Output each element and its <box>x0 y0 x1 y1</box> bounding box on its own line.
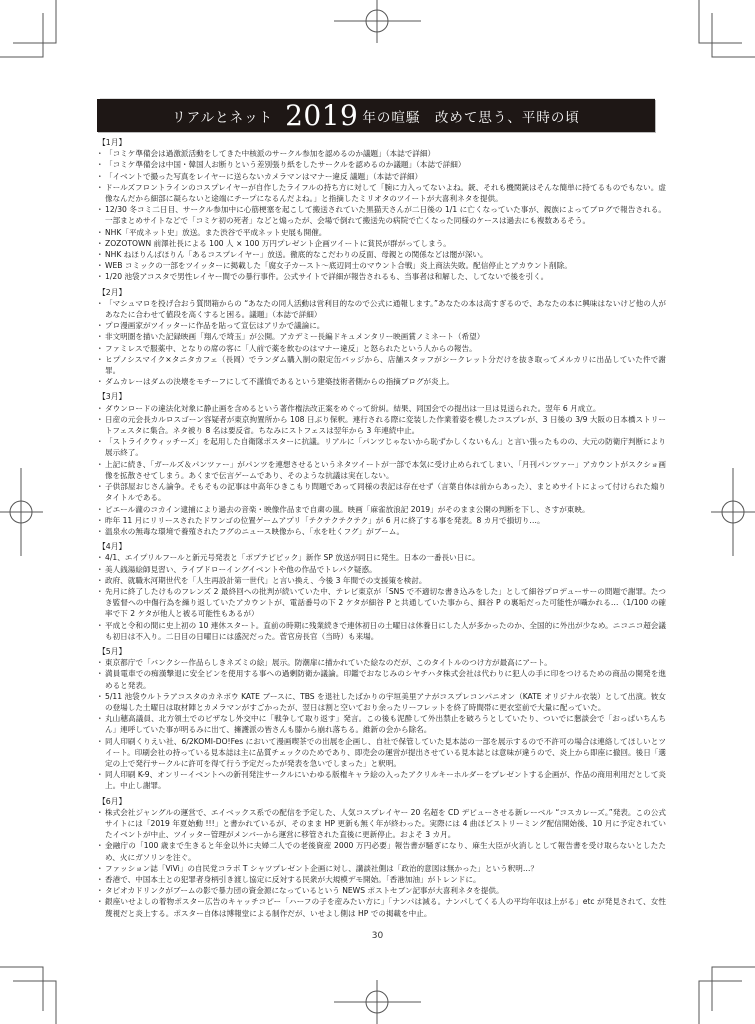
list-item: 日産の元会長カルロスゴーン容疑者が東京拘置所から 108 日ぶり保釈。連行される… <box>98 414 666 436</box>
list-item: NHK ねほりんぱほりん「あるコスプレイヤー」放送。徹底的なこだわりの反面、母親… <box>98 249 666 260</box>
registration-mark-left-icon <box>0 468 43 556</box>
list-item: 美人銭湯絵師見習い、ライブドローイングイベントや他の作品でトレパク疑惑。 <box>98 564 666 575</box>
list-item: 政府、就職氷河期世代を「人生再設計第一世代」と言い換え、今後 3 年間での支援策… <box>98 575 666 586</box>
title-suffix: 年の喧騒 改めて思う、平時の頃 <box>362 106 580 126</box>
list-item: 「コミケ準備会は中国・韓国人お断りという差別張り紙をしたサークルを認めるのか議題… <box>98 159 666 170</box>
list-item: 5/11 池袋ウルトラアコスタのカネボウ KATE ブースに、TBS を退社した… <box>98 691 666 713</box>
article-body: 【1月】 「コミケ準備会は過激派活動をしてきた中核派のサークル参加を認めるのか議… <box>98 137 666 919</box>
month-section-april: 【4月】 4/1、エイプリルフールと新元号発表と「ポプテピピック」新作 SP 放… <box>98 541 666 642</box>
list-item: 東京都庁で「バンクシー作品らしきネズミの絵」展示。防潮扉に描かれていた絵なのだが… <box>98 657 666 668</box>
month-section-january: 【1月】 「コミケ準備会は過激派活動をしてきた中核派のサークル参加を認めるのか議… <box>98 137 666 283</box>
list-item: 「コミケ準備会は過激派活動をしてきた中核派のサークル参加を認めるのか議題」（本誌… <box>98 148 666 159</box>
list-item: ドールズフロントラインのコスプレイヤーが自作したライフルの持ち方に対して「腕に力… <box>98 182 666 204</box>
list-item: ダウンロードの違法化対象に静止画を含めるという著作権法改正案をめぐって紛糾。結果… <box>98 403 666 414</box>
list-item: 「イベントで撮った写真をレイヤーに送らないカメラマンはマナー違反 議題」（本誌で… <box>98 171 666 182</box>
crop-mark-top-left-icon <box>0 0 56 57</box>
list-item: 昨年 11 月にリリースされたドワンゴの位置ゲームアプリ「テクテクテクテク」が … <box>98 515 666 526</box>
month-heading: 【4月】 <box>98 541 666 552</box>
list-item: 上記に続き、「ガールズ＆パンツァー」がパンツを連想させるというネタツイートが一部… <box>98 459 666 481</box>
month-heading: 【2月】 <box>98 287 666 298</box>
list-item: 温泉水の無毒な環境で養殖されたフグのニュース映像から、「水を吐くフグ」がブーム。 <box>98 526 666 537</box>
list-item: 同人印刷くりえい社、6/2KOMI-DO!Fes において漫画喫茶での出展を企画… <box>98 736 666 770</box>
list-item: 丸山穂高議員、北方領土でのビザなし外交中に「戦争して取り返す」発言。この後も泥酔… <box>98 713 666 735</box>
list-item: ピエール瀧のコカイン逮捕により過去の音楽・映像作品まで自粛の嵐。映画「麻雀放浪記… <box>98 504 666 515</box>
registration-mark-right-icon <box>711 468 755 556</box>
list-item: ZOZOTOWN 前澤社長による 100 人 × 100 万円プレゼント企画ツイ… <box>98 238 666 249</box>
month-heading: 【3月】 <box>98 391 666 402</box>
list-item: プロ漫画家がツイッターに作品を貼って宣伝はアリかで議論に。 <box>98 320 666 331</box>
title-year: 2019 <box>285 102 358 130</box>
list-item: 1/20 池袋アコスタで男性レイヤー間での暴行事件。公式サイトで詳細が報告される… <box>98 271 666 282</box>
list-item: 12/30 冬コミ二日目、サークル参加中に心筋梗塞を起こして搬送されていた黒猫天… <box>98 204 666 226</box>
list-item: 4/1、エイプリルフールと新元号発表と「ポプテピピック」新作 SP 放送が同日に… <box>98 552 666 563</box>
registration-mark-bottom-icon <box>334 980 421 1024</box>
list-item: 香港で、中国本土との犯罪者身柄引き渡し協定に反対する民衆が大規模デモ開始。「香港… <box>98 874 666 885</box>
crop-mark-bottom-right-icon <box>699 967 755 1024</box>
list-item: WEB コミックの一部をツイッターに掲載した「腐女子カースト〜底辺同士のマウント… <box>98 260 666 271</box>
list-item: 満員電車での痴漢撃退に安全ピンを使用する事への過剰防衛か議論。印鑑でおなじみのシ… <box>98 668 666 690</box>
month-section-march: 【3月】 ダウンロードの違法化対象に静止画を含めるという著作権法改正案をめぐって… <box>98 391 666 537</box>
month-section-february: 【2月】 「マシュマロを投げ合おう質問箱からの “あなたの同人活動は営利目的なの… <box>98 287 666 388</box>
list-item: ファッション誌「ViVi」の自民党コラボ T シャツプレゼント企画に対し、講談社… <box>98 863 666 874</box>
list-item: ダムカレーはダムの決壊をモチーフにして不謹慎であるという建築技術者側からの指摘ブ… <box>98 376 666 387</box>
list-item: 銀座いせよしの着物ポスター広告のキャッチコピー「ハーフの子を産みたい方に」「ナン… <box>98 896 666 918</box>
page-number: 30 <box>0 931 755 941</box>
list-item: 平成と令和の間に史上初の 10 連休スタート。直前の時期に残業続きで連休初日の土… <box>98 620 666 642</box>
list-item: 先月に終了したけものフレンズ 2 最終回への批判が続いていた中、テレビ東京が「S… <box>98 586 666 620</box>
list-item: 金融庁の「100 歳まで生きると年金以外に夫婦二人での老後資産 2000 万円必… <box>98 840 666 862</box>
list-item: NHK「平成ネット史」放送。また渋谷で平成ネット史展も開催。 <box>98 227 666 238</box>
month-heading: 【5月】 <box>98 646 666 657</box>
list-item: 株式会社ジャングルの運営で、エイベックス系での配信を予定した、人気コスプレイヤー… <box>98 807 666 841</box>
month-heading: 【6月】 <box>98 796 666 807</box>
month-heading: 【1月】 <box>98 137 666 148</box>
list-item: 同人印刷 K-9、オンリーイベントへの新刊発注サークルにいわゆる版権キャラ絵の入… <box>98 769 666 791</box>
list-item: 子供部屋おじさん論争。そもそもの記事は中高年ひきこもり問題であって同様の表記は存… <box>98 481 666 503</box>
list-item: ファミレスで服薬中、となりの席の客に「人前で薬を飲むのはマナー違反」と怒られたと… <box>98 343 666 354</box>
list-item: タピオカドリンクがブームの影で暴力団の資金源になっているという NEWS ポスト… <box>98 885 666 896</box>
month-section-june: 【6月】 株式会社ジャングルの運営で、エイベックス系での配信を予定した、人気コス… <box>98 796 666 919</box>
page-title-band: リアルとネット 2019 年の喧騒 改めて思う、平時の頃 <box>97 99 655 132</box>
title-prefix: リアルとネット <box>172 106 273 126</box>
crop-mark-top-right-icon <box>699 0 755 57</box>
list-item: 「マシュマロを投げ合おう質問箱からの “あなたの同人活動は営利目的なので公式に通… <box>98 298 666 320</box>
list-item: 非文明圏を描いた記録映画「翔んで埼玉」が公開。アカデミー長編ドキュメンタリー映画… <box>98 331 666 342</box>
registration-mark-top-icon <box>334 0 421 43</box>
list-item: 「ストライクウィッチーズ」を起用した自衛隊ポスターに抗議。リアルに「パンツじゃな… <box>98 436 666 458</box>
list-item: ヒプノシスマイク×タニタカフェ（長岡）でランダム購入制の限定缶バッジから、店舗ス… <box>98 354 666 376</box>
month-section-may: 【5月】 東京都庁で「バンクシー作品らしきネズミの絵」展示。防潮扉に描かれていた… <box>98 646 666 792</box>
crop-mark-bottom-left-icon <box>0 967 56 1024</box>
